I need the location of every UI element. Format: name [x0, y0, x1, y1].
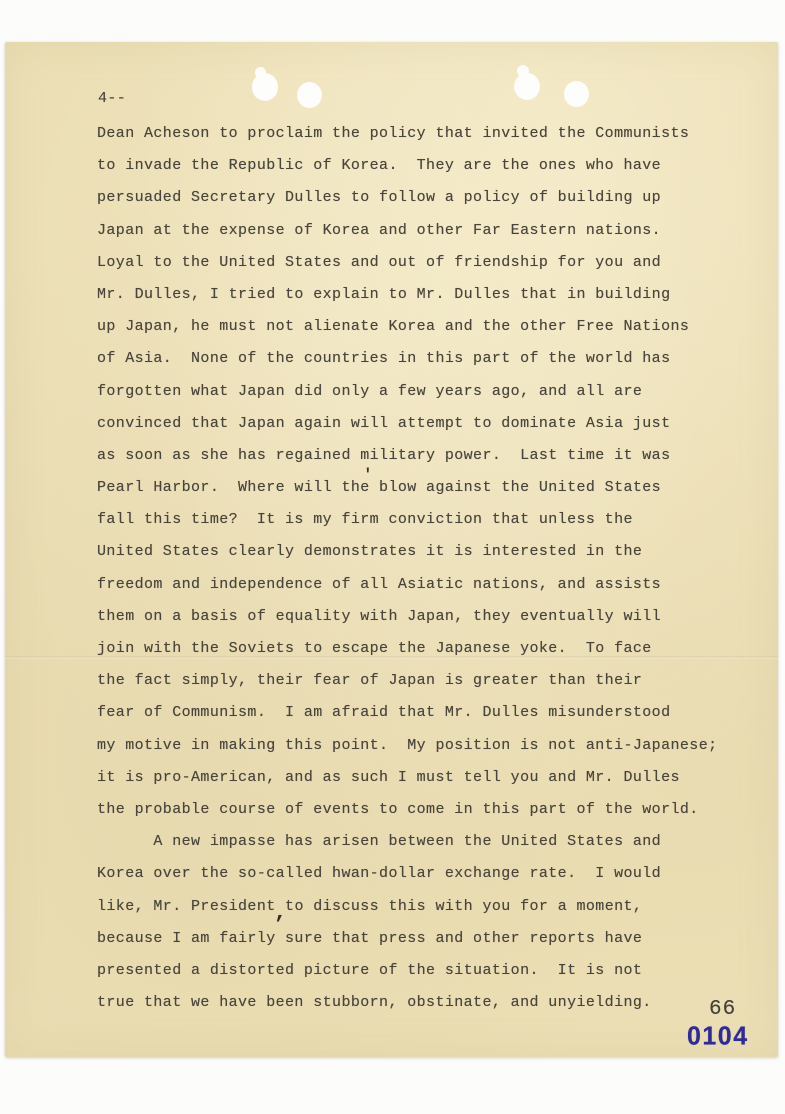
typed-line: it is pro-American, and as such I must t… [97, 762, 737, 794]
typed-line: to invade the Republic of Korea. They ar… [97, 150, 737, 182]
dropped-comma: , [274, 892, 287, 935]
typed-line: my motive in making this point. My posit… [97, 730, 737, 762]
typed-line: of Asia. None of the countries in this p… [97, 343, 737, 375]
typed-line: like, Mr. President,to discuss this with… [97, 891, 737, 923]
punch-hole-1 [252, 73, 278, 101]
typed-line: them on a basis of equality with Japan, … [97, 601, 737, 633]
punch-hole-1-notch [255, 67, 266, 78]
typed-line: presented a distorted picture of the sit… [97, 955, 737, 987]
scan-background: 4-- Dean Acheson to proclaim the policy … [0, 0, 785, 1114]
blue-number-stamp: 0104 [687, 1021, 749, 1051]
typed-line: because I am fairly sure that press and … [97, 923, 737, 955]
typed-line: United States clearly demonstrates it is… [97, 536, 737, 568]
typed-number-stamp: 66 [709, 998, 736, 1021]
typed-line: Mr. Dulles, I tried to explain to Mr. Du… [97, 279, 737, 311]
typed-line: Dean Acheson to proclaim the policy that… [97, 118, 737, 150]
document-page: 4-- Dean Acheson to proclaim the policy … [5, 42, 778, 1057]
typed-line: the fact simply, their fear of Japan is … [97, 665, 737, 697]
typed-line: fall this time? It is my firm conviction… [97, 504, 737, 536]
typed-line: join with the Soviets to escape the Japa… [97, 633, 737, 665]
typed-line: freedom and independence of all Asiatic … [97, 569, 737, 601]
punch-hole-2 [297, 82, 322, 108]
typed-line: Pearl Harbor. Where will the blow agains… [97, 472, 737, 504]
line-segment: like, Mr. President [97, 898, 276, 915]
typed-line: Loyal to the United States and out of fr… [97, 247, 737, 279]
typed-line: Japan at the expense of Korea and other … [97, 215, 737, 247]
typed-line: Korea over the so-called hwan-dollar exc… [97, 858, 737, 890]
typed-line: the probable course of events to come in… [97, 794, 737, 826]
line-segment: to discuss this with you for a moment, [285, 898, 642, 915]
typed-line: true that we have been stubborn, obstina… [97, 987, 737, 1019]
punch-hole-3-notch [517, 65, 529, 77]
punch-hole-3 [514, 73, 540, 100]
typed-line: up Japan, he must not alienate Korea and… [97, 311, 737, 343]
page-number: 4-- [98, 82, 126, 115]
typed-line: persuaded Secretary Dulles to follow a p… [97, 182, 737, 214]
typed-line: A new impasse has arisen between the Uni… [97, 826, 737, 858]
typed-line: forgotten what Japan did only a few year… [97, 376, 737, 408]
typed-line: convinced that Japan again will attempt … [97, 408, 737, 440]
typed-line: fear of Communism. I am afraid that Mr. … [97, 697, 737, 729]
stray-typed-mark: ' [363, 466, 373, 484]
typed-text-block: Dean Acheson to proclaim the policy that… [97, 118, 737, 1019]
punch-hole-4 [564, 81, 589, 107]
typed-line: as soon as she has regained military pow… [97, 440, 737, 472]
